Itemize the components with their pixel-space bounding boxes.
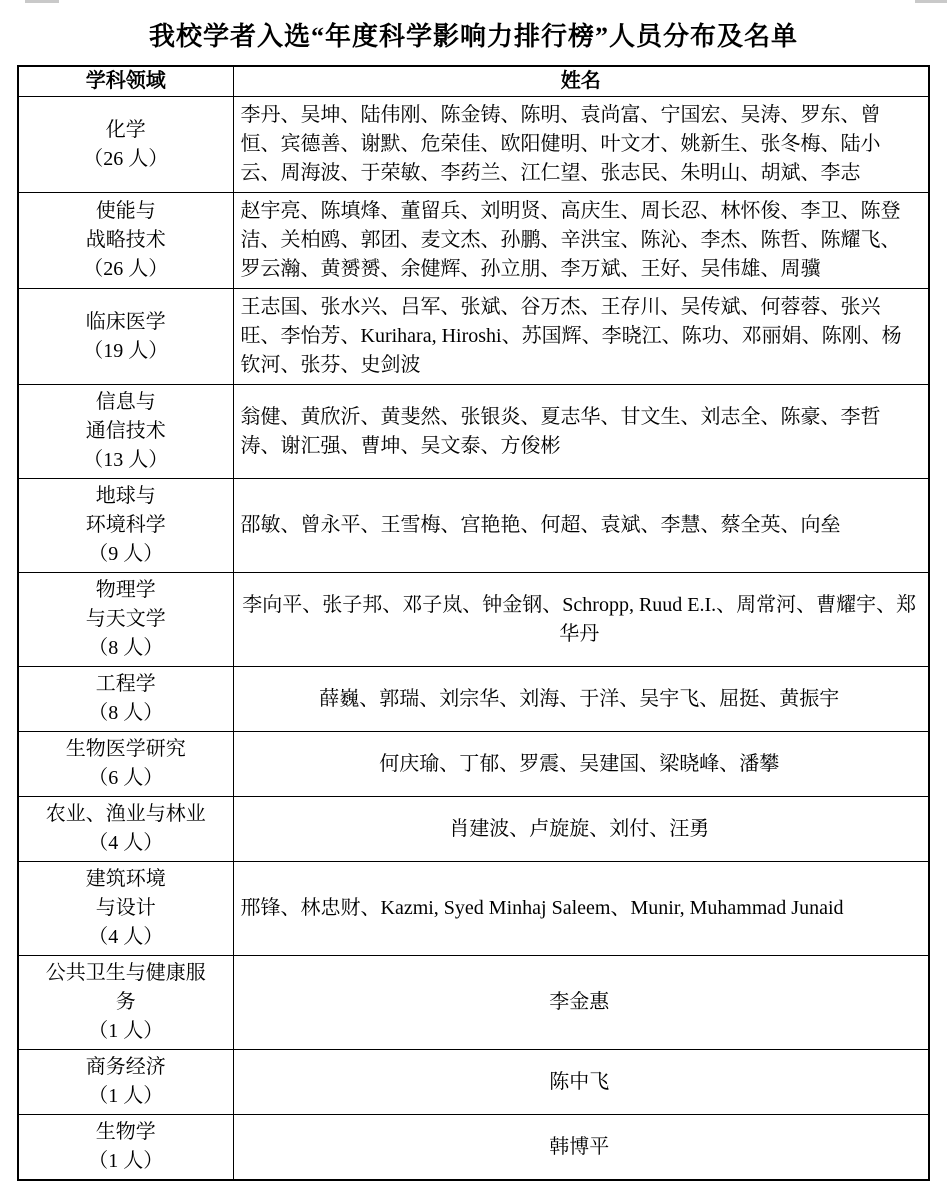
discipline-cell: 生物医学研究（6 人） xyxy=(18,732,233,797)
names-cell: 李金惠 xyxy=(233,956,929,1050)
table-row: 建筑环境与设计（4 人）邢锋、林忠财、Kazmi, Syed Minhaj Sa… xyxy=(18,862,929,956)
discipline-line: 与天文学 xyxy=(23,605,229,634)
names-cell: 李丹、吴坤、陆伟刚、陈金铸、陈明、袁尚富、宁国宏、吴涛、罗东、曾恒、宾德善、谢默… xyxy=(233,97,929,193)
discipline-line: 工程学 xyxy=(23,670,229,699)
table-row: 使能与战略技术（26 人）赵宇亮、陈填烽、董留兵、刘明贤、高庆生、周长忍、林怀俊… xyxy=(18,193,929,289)
document-page: 我校学者入选“年度科学影响力排行榜”人员分布及名单 学科领域 姓名 化学（26 … xyxy=(0,0,947,1181)
names-cell: 肖建波、卢旋旋、刘付、汪勇 xyxy=(233,797,929,862)
discipline-line: （9 人） xyxy=(23,540,229,569)
discipline-line: （1 人） xyxy=(23,1082,229,1111)
discipline-cell: 生物学（1 人） xyxy=(18,1115,233,1181)
discipline-cell: 化学（26 人） xyxy=(18,97,233,193)
discipline-line: （13 人） xyxy=(23,446,229,475)
names-cell: 邵敏、曾永平、王雪梅、宫艳艳、何超、袁斌、李慧、蔡全英、向垒 xyxy=(233,479,929,573)
discipline-line: 信息与 xyxy=(23,388,229,417)
discipline-line: （8 人） xyxy=(23,634,229,663)
discipline-line: 临床医学 xyxy=(23,308,229,337)
discipline-line: （1 人） xyxy=(23,1017,229,1046)
discipline-line: （26 人） xyxy=(23,145,229,174)
discipline-line: 通信技术 xyxy=(23,417,229,446)
names-cell: 赵宇亮、陈填烽、董留兵、刘明贤、高庆生、周长忍、林怀俊、李卫、陈登洁、关柏鸥、郭… xyxy=(233,193,929,289)
discipline-line: （26 人） xyxy=(23,255,229,284)
scholars-table: 学科领域 姓名 化学（26 人）李丹、吴坤、陆伟刚、陈金铸、陈明、袁尚富、宁国宏… xyxy=(17,65,930,1181)
discipline-cell: 物理学与天文学（8 人） xyxy=(18,573,233,667)
discipline-cell: 公共卫生与健康服务（1 人） xyxy=(18,956,233,1050)
discipline-line: 物理学 xyxy=(23,576,229,605)
names-cell: 何庆瑜、丁郁、罗震、吴建国、梁晓峰、潘攀 xyxy=(233,732,929,797)
table-row: 信息与通信技术（13 人）翁健、黄欣沂、黄斐然、张银炎、夏志华、甘文生、刘志全、… xyxy=(18,385,929,479)
discipline-line: 地球与 xyxy=(23,482,229,511)
discipline-cell: 商务经济（1 人） xyxy=(18,1050,233,1115)
table-row: 地球与环境科学（9 人）邵敏、曾永平、王雪梅、宫艳艳、何超、袁斌、李慧、蔡全英、… xyxy=(18,479,929,573)
discipline-cell: 地球与环境科学（9 人） xyxy=(18,479,233,573)
discipline-line: 战略技术 xyxy=(23,226,229,255)
table-row: 生物学（1 人）韩博平 xyxy=(18,1115,929,1181)
table-body: 化学（26 人）李丹、吴坤、陆伟刚、陈金铸、陈明、袁尚富、宁国宏、吴涛、罗东、曾… xyxy=(18,97,929,1181)
discipline-cell: 工程学（8 人） xyxy=(18,667,233,732)
discipline-line: （4 人） xyxy=(23,923,229,952)
discipline-line: （8 人） xyxy=(23,699,229,728)
names-cell: 薛巍、郭瑞、刘宗华、刘海、于洋、吴宇飞、屈挺、黄振宇 xyxy=(233,667,929,732)
discipline-line: 务 xyxy=(23,988,229,1017)
table-row: 农业、渔业与林业（4 人）肖建波、卢旋旋、刘付、汪勇 xyxy=(18,797,929,862)
discipline-line: 建筑环境 xyxy=(23,865,229,894)
discipline-cell: 临床医学（19 人） xyxy=(18,289,233,385)
discipline-line: 商务经济 xyxy=(23,1053,229,1082)
top-left-edge-artifact xyxy=(25,0,59,3)
names-cell: 韩博平 xyxy=(233,1115,929,1181)
discipline-line: （19 人） xyxy=(23,337,229,366)
discipline-line: 环境科学 xyxy=(23,511,229,540)
discipline-cell: 农业、渔业与林业（4 人） xyxy=(18,797,233,862)
page-title: 我校学者入选“年度科学影响力排行榜”人员分布及名单 xyxy=(0,0,947,65)
table-row: 临床医学（19 人）王志国、张水兴、吕军、张斌、谷万杰、王存川、吴传斌、何蓉蓉、… xyxy=(18,289,929,385)
discipline-line: （1 人） xyxy=(23,1147,229,1176)
names-cell: 李向平、张子邦、邓子岚、钟金钢、Schropp, Ruud E.I.、周常河、曹… xyxy=(233,573,929,667)
discipline-cell: 使能与战略技术（26 人） xyxy=(18,193,233,289)
table-row: 物理学与天文学（8 人）李向平、张子邦、邓子岚、钟金钢、Schropp, Ruu… xyxy=(18,573,929,667)
discipline-line: 化学 xyxy=(23,116,229,145)
names-cell: 邢锋、林忠财、Kazmi, Syed Minhaj Saleem、Munir, … xyxy=(233,862,929,956)
discipline-line: 使能与 xyxy=(23,197,229,226)
discipline-line: 与设计 xyxy=(23,894,229,923)
table-row: 生物医学研究（6 人）何庆瑜、丁郁、罗震、吴建国、梁晓峰、潘攀 xyxy=(18,732,929,797)
discipline-line: 生物医学研究 xyxy=(23,735,229,764)
discipline-line: 生物学 xyxy=(23,1118,229,1147)
table-row: 公共卫生与健康服务（1 人）李金惠 xyxy=(18,956,929,1050)
names-cell: 翁健、黄欣沂、黄斐然、张银炎、夏志华、甘文生、刘志全、陈豪、李哲涛、谢汇强、曹坤… xyxy=(233,385,929,479)
discipline-line: （6 人） xyxy=(23,764,229,793)
names-cell: 王志国、张水兴、吕军、张斌、谷万杰、王存川、吴传斌、何蓉蓉、张兴旺、李怡芳、Ku… xyxy=(233,289,929,385)
discipline-line: 公共卫生与健康服 xyxy=(23,959,229,988)
header-row: 学科领域 姓名 xyxy=(18,66,929,97)
discipline-cell: 信息与通信技术（13 人） xyxy=(18,385,233,479)
table-header: 学科领域 姓名 xyxy=(18,66,929,97)
discipline-cell: 建筑环境与设计（4 人） xyxy=(18,862,233,956)
discipline-line: 农业、渔业与林业 xyxy=(23,800,229,829)
table-row: 工程学（8 人）薛巍、郭瑞、刘宗华、刘海、于洋、吴宇飞、屈挺、黄振宇 xyxy=(18,667,929,732)
column-header-discipline: 学科领域 xyxy=(18,66,233,97)
top-right-edge-artifact xyxy=(915,0,947,3)
column-header-names: 姓名 xyxy=(233,66,929,97)
discipline-line: （4 人） xyxy=(23,829,229,858)
table-row: 化学（26 人）李丹、吴坤、陆伟刚、陈金铸、陈明、袁尚富、宁国宏、吴涛、罗东、曾… xyxy=(18,97,929,193)
table-row: 商务经济（1 人）陈中飞 xyxy=(18,1050,929,1115)
names-cell: 陈中飞 xyxy=(233,1050,929,1115)
